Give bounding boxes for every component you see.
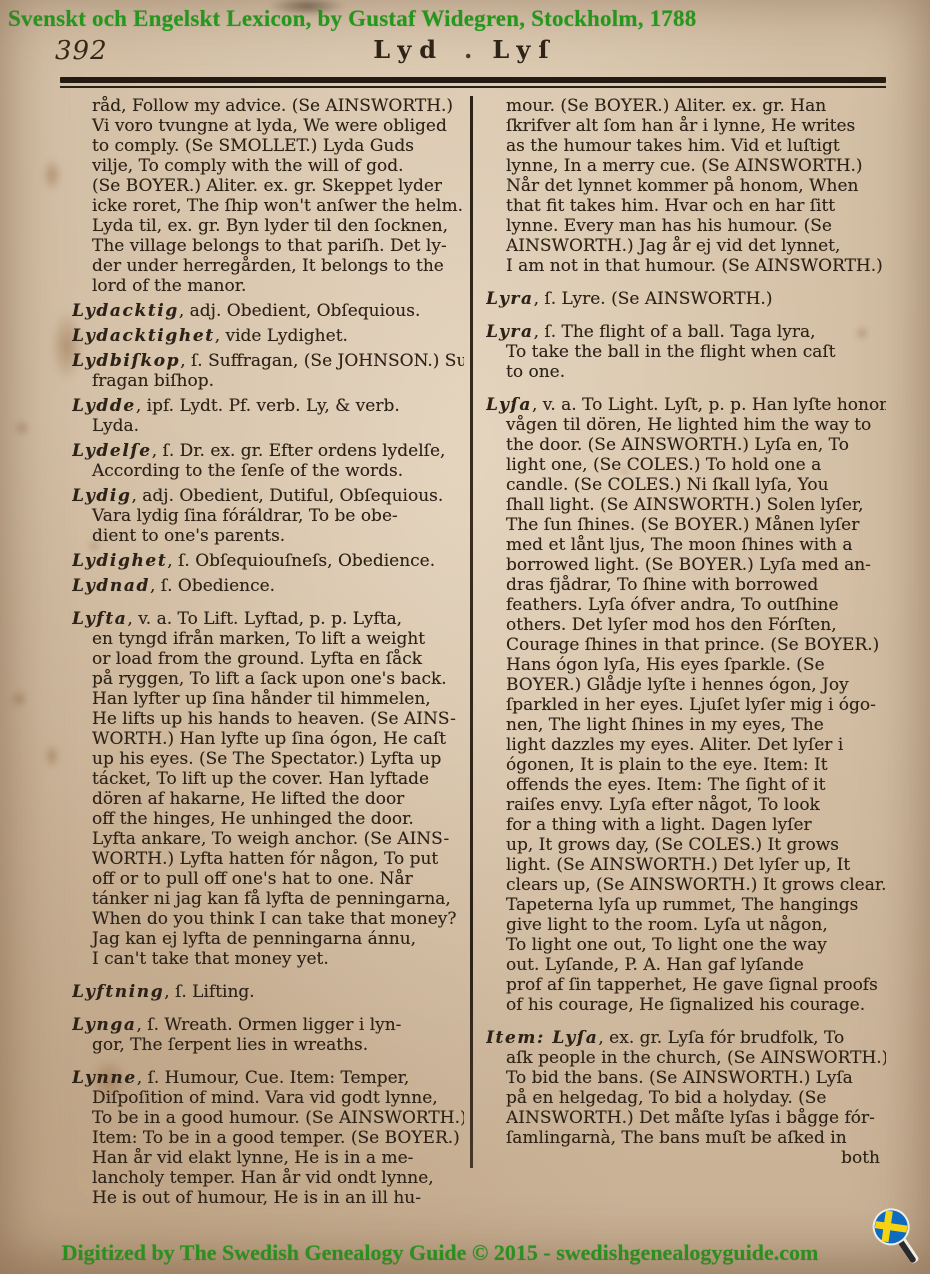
text-line: ſparkled in her eyes. Ljuſet lyſer mig i… [486,695,886,715]
text-line: ógonen, It is plain to the eye. Item: It [486,755,886,775]
text-line: Lyda. [72,416,464,436]
text-line: ſkrifver alt ſom han år i lynne, He writ… [486,116,886,136]
text-line: gor, The ſerpent lies in wreaths. [72,1035,464,1055]
text-line: på en helgedag, To bid a holyday. (Se [486,1088,886,1108]
text-line: Lyftning, ſ. Lifting. [72,982,464,1002]
dictionary-entry: Lynga, ſ. Wreath. Ormen ligger i lyn-gor… [72,1015,464,1055]
text-line: Lynne, ſ. Humour, Cue. Item: Temper, [72,1068,464,1088]
dictionary-entry: Lyfta, v. a. To Lift. Lyftad, p. p. Lyft… [72,609,464,969]
entry-headword: Item: Lyſa [486,1028,598,1048]
entry-headword: Lydelſe [72,441,152,461]
text-line: prof af ſin tapperhet, He gave ſignal pr… [486,975,886,995]
text-line: Lyſa, v. a. To Light. Lyſt, p. p. Han ly… [486,395,886,415]
dictionary-entry: Lydighet, ſ. Obſequiouſneſs, Obedience. [72,551,464,571]
text-line: tácket, To lift up the cover. Han lyftad… [72,769,464,789]
text-line: light. (Se AINSWORTH.) Det lyſer up, It [486,855,886,875]
text-line: Hans ógon lyſa, His eyes ſparkle. (Se [486,655,886,675]
text-line: Lydbiſkop, ſ. Suffragan, (Se JOHNSON.) S… [72,351,464,371]
entry-headword: Lyſa [486,395,532,415]
text-line: Lyra, ſ. The flight of a ball. Taga lyra… [486,322,886,342]
text-line: lancholy temper. Han år vid ondt lynne, [72,1168,464,1188]
text-line: Lydacktig, adj. Obedient, Obſequious. [72,301,464,321]
text-line: to comply. (Se SMOLLET.) Lyda Guds [72,136,464,156]
dictionary-entry: Lydacktig, adj. Obedient, Obſequious. [72,301,464,321]
text-line: as the humour takes him. Vid et luſtigt [486,136,886,156]
text-line: others. Det lyſer mod hos den Fórſten, [486,615,886,635]
text-line: He lifts up his hands to heaven. (Se AIN… [72,709,464,729]
text-line: Lydig, adj. Obedient, Dutiful, Obſequiou… [72,486,464,506]
entry-headword: Lydig [72,486,131,506]
entry-continuation: mour. (Se BOYER.) Aliter. ex. gr. Hanſkr… [486,96,886,276]
dictionary-entry: Lydnad, ſ. Obedience. [72,576,464,596]
dictionary-entry: Lyra, ſ. Lyre. (Se AINSWORTH.) [486,289,886,309]
entry-headword: Lydacktig [72,301,179,321]
entry-headword: Lyra [486,322,534,342]
digitization-banner-top: Svenskt och Engelskt Lexicon, by Gustaf … [8,6,696,32]
text-line: en tyngd ifrån marken, To lift a weight [72,629,464,649]
swedish-flag-magnifier-icon [866,1206,924,1272]
dictionary-entry: Lyra, ſ. The flight of a ball. Taga lyra… [486,322,886,382]
text-line: AINSWORTH.) Jag år ej vid det lynnet, [486,236,886,256]
dictionary-entry: Lydbiſkop, ſ. Suffragan, (Se JOHNSON.) S… [72,351,464,391]
text-line: candle. (Se COLES.) Ni ſkall lyſa, You [486,475,886,495]
header-rule-thick [60,77,886,83]
text-line: Lyfta ankare, To weigh anchor. (Se AINS- [72,829,464,849]
text-line: to one. [486,362,886,382]
paper-stain [14,420,30,436]
text-line: When do you think I can take that money? [72,909,464,929]
text-line: raiſes envy. Lyſa efter något, To look [486,795,886,815]
text-line: He is out of humour, He is in an ill hu- [72,1188,464,1208]
text-line: According to the ſenſe of the words. [72,461,464,481]
entry-headword: Lynne [72,1068,137,1088]
text-line: Jag kan ej lyfta de penningarna ánnu, [72,929,464,949]
text-line: lynne, In a merry cue. (Se AINSWORTH.) [486,156,886,176]
text-line: (Se BOYER.) Aliter. ex. gr. Skeppet lyde… [72,176,464,196]
text-line: To take the ball in the flight when caſt [486,342,886,362]
text-line: ſhall light. (Se AINSWORTH.) Solen lyſer… [486,495,886,515]
running-header: Lyd.Lyſ [0,35,930,64]
text-line: offends the eyes. Item: The ſight of it [486,775,886,795]
text-line: The village belongs to that pariſh. Det … [72,236,464,256]
text-line: aſk people in the church, (Se AINSWORTH.… [486,1048,886,1068]
text-line: Vi voro tvungne at lyda, We were obliged [72,116,464,136]
paper-stain [42,158,62,192]
text-line: Lydacktighet, vide Lydighet. [72,326,464,346]
text-line: dras fjådrar, To ſhine with borrowed [486,575,886,595]
text-line: the door. (Se AINSWORTH.) Lyſa en, To [486,435,886,455]
text-line: To bid the bans. (Se AINSWORTH.) Lyſa [486,1068,886,1088]
text-line: icke roret, The ſhip won't anſwer the he… [72,196,464,216]
text-line: give light to the room. Lyſa ut någon, [486,915,886,935]
running-header-separator: . [464,35,472,64]
text-line: der under herregården, It belongs to the [72,256,464,276]
paper-stain [10,690,28,708]
dictionary-entry: Lynne, ſ. Humour, Cue. Item: Temper,Diſp… [72,1068,464,1208]
text-line: WORTH.) Lyfta hatten fór någon, To put [72,849,464,869]
text-line: fragan biſhop. [72,371,464,391]
text-line: ſamlingarnà, The bans muſt be aſked in [486,1128,886,1148]
text-line: I can't take that money yet. [72,949,464,969]
text-line: dient to one's parents. [72,526,464,546]
text-line: To be in a good humour. (Se AINSWORTH.) [72,1108,464,1128]
text-line: Han lyfter up ſina hånder til himmelen, [72,689,464,709]
text-line: Lyra, ſ. Lyre. (Se AINSWORTH.) [486,289,886,309]
right-column: mour. (Se BOYER.) Aliter. ex. gr. Hanſkr… [486,96,886,1168]
dictionary-entry: Lyftning, ſ. Lifting. [72,982,464,1002]
text-line: lord of the manor. [72,276,464,296]
dictionary-entry: Lydacktighet, vide Lydighet. [72,326,464,346]
text-line: vilje, To comply with the will of god. [72,156,464,176]
text-line: mour. (Se BOYER.) Aliter. ex. gr. Han [486,96,886,116]
text-line: Lydighet, ſ. Obſequiouſneſs, Obedience. [72,551,464,571]
text-line: Lynga, ſ. Wreath. Ormen ligger i lyn- [72,1015,464,1035]
text-line: BOYER.) Glådje lyſte i hennes ógon, Joy [486,675,886,695]
dictionary-entry: Lydelſe, ſ. Dr. ex. gr. Efter ordens lyd… [72,441,464,481]
text-line: på ryggen, To lift a ſack upon one's bac… [72,669,464,689]
text-line: light dazzles my eyes. Aliter. Det lyſer… [486,735,886,755]
text-line: Courage ſhines in that prince. (Se BOYER… [486,635,886,655]
entry-headword: Lyftning [72,982,164,1002]
text-line: The ſun ſhines. (Se BOYER.) Månen lyſer [486,515,886,535]
text-line: for a thing with a light. Dagen lyſer [486,815,886,835]
text-line: I am not in that humour. (Se AINSWORTH.) [486,256,886,276]
text-line: med et lånt ljus, The moon ſhines with a [486,535,886,555]
text-line: Lyda til, ex. gr. Byn lyder til den ſock… [72,216,464,236]
text-line: WORTH.) Han lyfte up ſina ógon, He caſt [72,729,464,749]
dictionary-entry: Lyſa, v. a. To Light. Lyſt, p. p. Han ly… [486,395,886,1015]
text-line: lynne. Every man has his humour. (Se [486,216,886,236]
text-line: off or to pull off one's hat to one. Når [72,869,464,889]
text-line: off the hinges, He unhinged the door. [72,809,464,829]
text-line: of his courage, He ſignalized his courag… [486,995,886,1015]
text-line: up his eyes. (Se The Spectator.) Lyfta u… [72,749,464,769]
text-line: up, It grows day, (Se COLES.) It grows [486,835,886,855]
dictionary-entry: Item: Lyſa, ex. gr. Lyſa fór brudfolk, T… [486,1028,886,1168]
text-line: Item: To be in a good temper. (Se BOYER.… [72,1128,464,1148]
column-divider [470,96,473,1168]
entry-headword: Lydde [72,396,136,416]
text-line: råd, Follow my advice. (Se AINSWORTH.) [72,96,464,116]
text-line: tánker ni jag kan få lyfta de penningarn… [72,889,464,909]
running-header-left: Lyd [373,35,444,64]
text-line: that fit takes him. Hvar och en har ſitt [486,196,886,216]
text-line: Diſpoſition of mind. Vara vid godt lynne… [72,1088,464,1108]
text-line: feathers. Lyſa ófver andra, To outſhine [486,595,886,615]
text-line: borrowed light. (Se BOYER.) Lyſa med an- [486,555,886,575]
entry-headword: Lydacktighet [72,326,215,346]
text-line: To light one out, To light one the way [486,935,886,955]
header-rule-thin [60,86,886,88]
catchword: both [486,1148,886,1168]
left-column: råd, Follow my advice. (Se AINSWORTH.)Vi… [72,96,464,1208]
entry-headword: Lydnad [72,576,150,596]
running-header-right: Lyſ [492,35,556,64]
digitization-banner-bottom: Digitized by The Swedish Genealogy Guide… [0,1240,880,1266]
text-line: Lydde, ipf. Lydt. Pf. verb. Ly, & verb. [72,396,464,416]
text-line: dören af hakarne, He lifted the door [72,789,464,809]
entry-continuation: råd, Follow my advice. (Se AINSWORTH.)Vi… [72,96,464,296]
text-line: AINSWORTH.) Det måſte lyſas i bågge fór- [486,1108,886,1128]
text-line: Lydelſe, ſ. Dr. ex. gr. Efter ordens lyd… [72,441,464,461]
entry-headword: Lyfta [72,609,127,629]
text-line: Lyfta, v. a. To Lift. Lyftad, p. p. Lyft… [72,609,464,629]
entry-headword: Lydighet [72,551,167,571]
text-line: out. Lyſande, P. A. Han gaf lyſande [486,955,886,975]
text-line: Vara lydig ſina fóráldrar, To be obe- [72,506,464,526]
text-line: vågen til dören, He lighted him the way … [486,415,886,435]
text-line: Tapeterna lyſa up rummet, The hangings [486,895,886,915]
dictionary-entry: Lydde, ipf. Lydt. Pf. verb. Ly, & verb.L… [72,396,464,436]
text-line: light one, (Se COLES.) To hold one a [486,455,886,475]
dictionary-entry: Lydig, adj. Obedient, Dutiful, Obſequiou… [72,486,464,546]
entry-headword: Lyra [486,289,534,309]
text-line: Lydnad, ſ. Obedience. [72,576,464,596]
header-rule [60,77,886,88]
text-line: Item: Lyſa, ex. gr. Lyſa fór brudfolk, T… [486,1028,886,1048]
text-line: clears up, (Se AINSWORTH.) It grows clea… [486,875,886,895]
text-line: Han år vid elakt lynne, He is in a me- [72,1148,464,1168]
text-line: Når det lynnet kommer på honom, When [486,176,886,196]
text-line: or load from the ground. Lyfta en ſåck [72,649,464,669]
entry-headword: Lynga [72,1015,137,1035]
text-line: nen, The light ſhines in my eyes, The [486,715,886,735]
paper-stain [44,744,60,768]
entry-headword: Lydbiſkop [72,351,180,371]
